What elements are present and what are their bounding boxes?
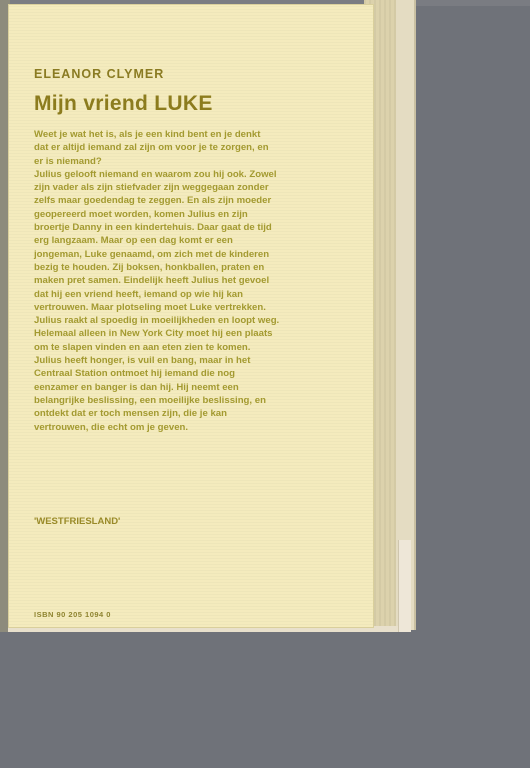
blurb-line: ontdekt dat er toch mensen zijn, die je … — [34, 407, 334, 420]
blurb-line: zelfs maar goedendag te zeggen. En als z… — [34, 194, 334, 207]
blurb-line: vertrouwen, die echt om je geven. — [34, 421, 334, 434]
blurb-line: belangrijke beslissing, een moeilijke be… — [34, 394, 334, 407]
blurb-line: broertje Danny in een kindertehuis. Daar… — [34, 221, 334, 234]
blurb-line: Helemaal alleen in New York City moet hi… — [34, 327, 334, 340]
book-spine — [396, 0, 416, 630]
blurb-line: Centraal Station ontmoet hij iemand die … — [34, 367, 334, 380]
blurb-line: jongeman, Luke genaamd, om zich met de k… — [34, 248, 334, 261]
blurb-line: Julius raakt al spoedig in moeilijkheden… — [34, 314, 334, 327]
blurb-line: om te slapen vinden en aan eten zien te … — [34, 341, 334, 354]
blurb-line: geopereerd moet worden, komen Julius en … — [34, 208, 334, 221]
author-name: ELEANOR CLYMER — [34, 67, 164, 81]
blurb-line: Julius heeft honger, is vuil en bang, ma… — [34, 354, 334, 367]
blurb-line: er is niemand? — [34, 155, 334, 168]
publisher-name: 'WESTFRIESLAND' — [34, 516, 120, 527]
blurb-line: dat er altijd iemand zal zijn om voor je… — [34, 141, 334, 154]
blurb-line: Weet je wat het is, als je een kind bent… — [34, 128, 334, 141]
blurb-line: dat hij een vriend heeft, iemand op wie … — [34, 288, 334, 301]
blurb-line: Julius gelooft niemand en waarom zou hij… — [34, 168, 334, 181]
blurb-text: Weet je wat het is, als je een kind bent… — [34, 128, 334, 434]
blurb-line: zijn vader als zijn stiefvader zijn wegg… — [34, 181, 334, 194]
blurb-line: maken pret samen. Eindelijk heeft Julius… — [34, 274, 334, 287]
blurb-line: eenzamer en banger is dan hij. Hij neemt… — [34, 381, 334, 394]
blurb-line: erg langzaam. Maar op een dag komt er ee… — [34, 234, 334, 247]
isbn-number: ISBN 90 205 1094 0 — [34, 610, 111, 619]
blurb-line: vertrouwen. Maar plotseling moet Luke ve… — [34, 301, 334, 314]
blurb-line: bezig te houden. Zij boksen, honkballen,… — [34, 261, 334, 274]
library-sticker — [398, 540, 411, 632]
book-title: Mijn vriend LUKE — [34, 92, 213, 116]
